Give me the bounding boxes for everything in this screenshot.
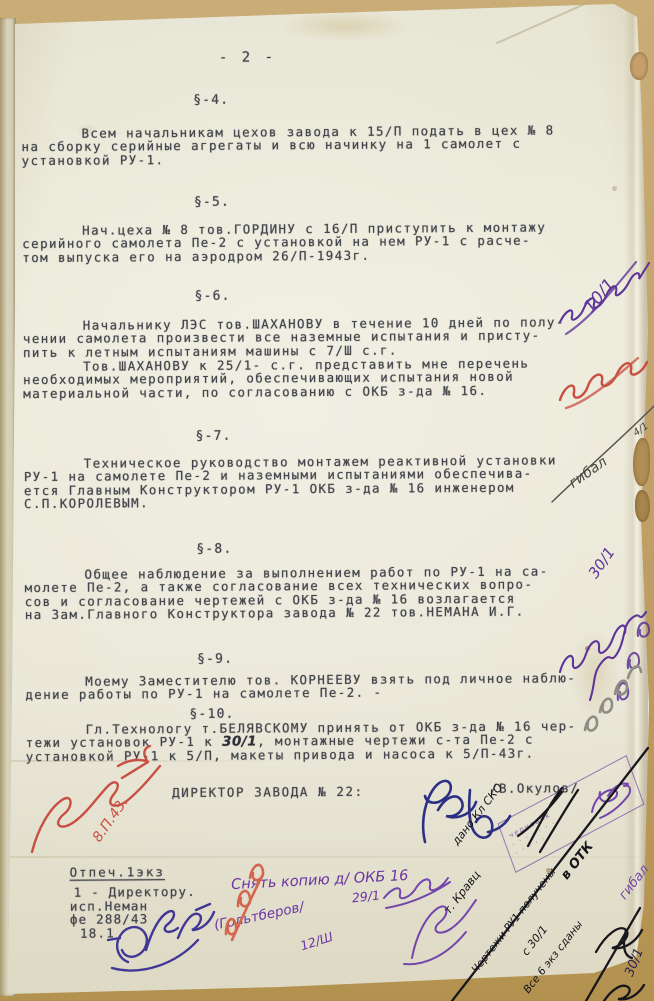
purple-word-right: гибал bbox=[616, 862, 652, 902]
purple-copy-note: Снять копию д/ ОКБ 16 (Гольтберов/ 12/Ш … bbox=[213, 868, 476, 964]
black-note-line: Все 6 экз сданы bbox=[521, 919, 585, 996]
black-note-line: с 30/1 bbox=[519, 923, 550, 958]
black-note-line: в ОТК bbox=[558, 838, 597, 882]
pencil-number: 4/1 bbox=[631, 421, 650, 439]
purple-signatures-mid-right bbox=[560, 612, 649, 700]
document-scan: - 2 - §-4. Всем начальникам цехов завода… bbox=[0, 0, 654, 1001]
pencil-note-right: гибал 4/1 bbox=[552, 406, 654, 502]
purple-signature-top-right: 10/1 bbox=[560, 262, 649, 334]
handwriting-layer: 10/1 гибал 4/1 30/1 8.П.43. bbox=[0, 0, 654, 1001]
red-signature-approval: 8.П.43. bbox=[32, 746, 160, 852]
date-12-text: 12/Ш bbox=[298, 928, 335, 953]
violet-signature-bottom-left bbox=[108, 904, 214, 970]
purple-date-10-1: 10/1 bbox=[580, 275, 620, 317]
black-note-line: т. Кравц bbox=[440, 868, 483, 917]
purple-signature-over-stamp: гибал bbox=[592, 784, 652, 903]
date-29-text: 29/1 bbox=[351, 887, 380, 905]
pencil-word: гибал bbox=[566, 454, 610, 492]
red-signature-right-margin bbox=[560, 358, 647, 408]
purple-date-30-1: 30/1 bbox=[585, 544, 619, 582]
gray-signature-right bbox=[585, 666, 641, 730]
